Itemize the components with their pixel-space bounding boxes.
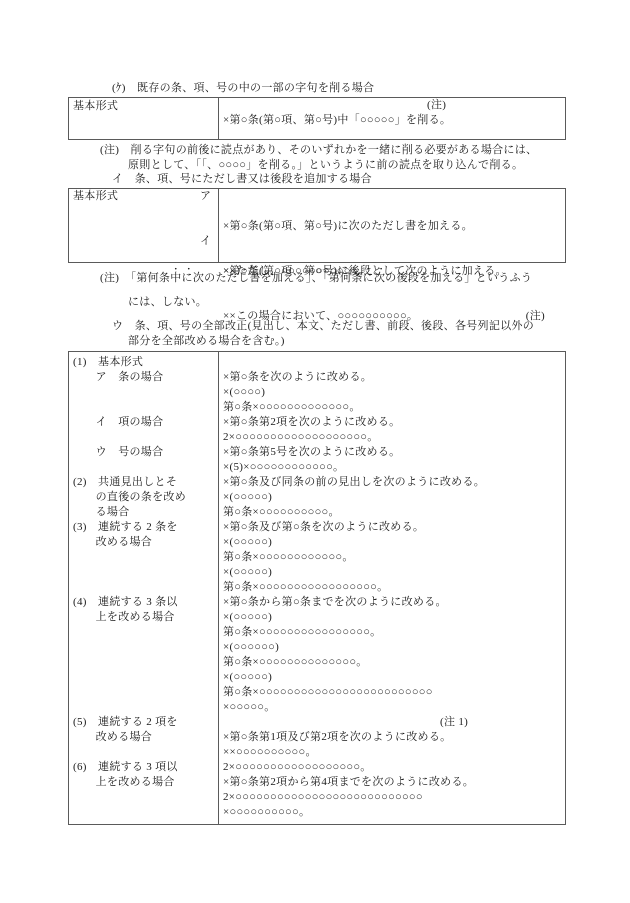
table-row: 改める場合×第○条第1項及び第2項を次のように改める。 [69, 730, 565, 745]
example-text: ×第○条(第○項、第○号)に次のただし書を加える。 [223, 219, 563, 234]
table-row: 2×○○○○○○○○○○○○○○○○○○○。 [69, 430, 565, 445]
note-paragraph-line1: (注) 削る字句の前後に読点があり、そのいずれかを一緒に削る必要がある場合には、 [100, 143, 537, 158]
case-label-cell: 上を改める場合 [69, 775, 218, 790]
example-text-cell: ×(○○○○○) [218, 610, 565, 625]
example-text-cell: ×(○○○○) [218, 385, 565, 400]
example-text-cell: 第○条×○○○○○○○○○○○○○○○○○○○○○○○○○ [218, 685, 565, 700]
revision-table: (1) 基本形式 ア 条の場合×第○条を次のように改める。×(○○○○)第○条×… [68, 351, 566, 825]
emphasized-text: ・・に次 [363, 271, 386, 286]
example-text-cell: ×(○○○○○) [218, 565, 565, 580]
table-row: ×(○○○○○○) [69, 640, 565, 655]
example-text-cell: ×○○○○○○○○○○。 [218, 805, 565, 820]
case-label-cell [69, 385, 218, 400]
table-row: 上を改める場合×第○条第2項から第4項までを次のように改める。 [69, 775, 565, 790]
case-label-cell [69, 625, 218, 640]
case-label-cell [69, 430, 218, 445]
table-row: 2×○○○○○○○○○○○○○○○○○○○○○○○○○○○ [69, 790, 565, 805]
table-row: ×(○○○○○) [69, 565, 565, 580]
table-row: ア 条の場合×第○条を次のように改める。 [69, 370, 565, 385]
note-paragraph-line2: 原則として、「「、○○○○」を削る。」というように前の読点を取り込んで削る。 [128, 158, 523, 173]
case-label-cell: イ 項の場合 [69, 415, 218, 430]
example-text-cell: 第○条×○○○○○○○○○○○○。 [218, 550, 565, 565]
case-label-cell: (6) 連続する 3 項以 [69, 760, 218, 775]
table-row: (6) 連続する 3 項以2×○○○○○○○○○○○○○○○○○○。 [69, 760, 565, 775]
example-text-cell: ×第○条第2項を次のように改める。 [218, 415, 565, 430]
example-text-cell: 2×○○○○○○○○○○○○○○○○○○○○○○○○○○○ [218, 790, 565, 805]
note-marker: (注) [427, 98, 446, 113]
case-label-cell [69, 655, 218, 670]
case-label-cell [69, 805, 218, 820]
note-ref-cell: (注 1) [218, 715, 565, 730]
case-label-cell: 改める場合 [69, 535, 218, 550]
column-divider [218, 352, 219, 824]
case-label-cell: の直後の条を改め [69, 490, 218, 505]
case-label-cell: ウ 号の場合 [69, 445, 218, 460]
table-row: 第○条×○○○○○○○○○○○○○○。 [69, 655, 565, 670]
case-label-cell [69, 640, 218, 655]
example-text-cell: 第○条×○○○○○○○○○○○○○○○○。 [218, 625, 565, 640]
table-row: (1) 基本形式 [69, 355, 565, 370]
table-row: る場合第○条×○○○○○○○○○○。 [69, 505, 565, 520]
table-row: (2) 共通見出しとそ×第○条及び同条の前の見出しを次のように改める。 [69, 475, 565, 490]
row-marker-i: イ [200, 234, 211, 249]
example-text-cell: ×(○○○○○) [218, 670, 565, 685]
example-text-cell [218, 355, 565, 370]
emphasized-text: ・・中に [170, 271, 193, 286]
example-text-cell: ×○○○○○。 [218, 700, 565, 715]
example-text-cell: ×第○条及び同条の前の見出しを次のように改める。 [218, 475, 565, 490]
column-divider [218, 189, 219, 262]
example-text-cell: ×第○条を次のように改める。 [218, 370, 565, 385]
case-label-cell [69, 400, 218, 415]
basic-form-label: 基本形式 [73, 99, 118, 114]
emphasis-dots: ・・ [171, 262, 197, 277]
basic-form-table-add: 基本形式 ア ×第○条(第○項、第○号)に次のただし書を加える。 ××ただし、○… [68, 188, 566, 263]
table-row: イ 項の場合×第○条第2項を次のように改める。 [69, 415, 565, 430]
case-label-cell: 改める場合 [69, 730, 218, 745]
case-label-cell: (4) 連続する 3 条以 [69, 595, 218, 610]
case-label-cell [69, 670, 218, 685]
case-label-cell [69, 685, 218, 700]
note-text: の後段を加える」というふう [385, 272, 532, 284]
case-label-cell: (2) 共通見出しとそ [69, 475, 218, 490]
table-row: 第○条×○○○○○○○○○○○○○。 [69, 400, 565, 415]
note-text: 次のただし書を加える」、「第何条 [193, 272, 363, 284]
note-text: (注) 「第何条 [100, 272, 170, 284]
table-row: 第○条×○○○○○○○○○○○○○○○○。 [69, 625, 565, 640]
column-divider [218, 98, 219, 139]
case-label-cell [69, 460, 218, 475]
table-row: (5) 連続する 2 項を(注 1) [69, 715, 565, 730]
case-label-cell: 上を改める場合 [69, 610, 218, 625]
example-text-cell: 第○条×○○○○○○○○○○○○○○○○○。 [218, 580, 565, 595]
table-row: ××○○○○○○○○○○。 [69, 745, 565, 760]
example-text: ×第○条(第○項、第○号)中「○○○○○」を削る。 [223, 113, 451, 128]
table-row: 改める場合×(○○○○○) [69, 535, 565, 550]
example-text-cell: ×第○条第5号を次のように改める。 [218, 445, 565, 460]
case-label-cell [69, 565, 218, 580]
case-label-cell [69, 745, 218, 760]
table-row: 第○条×○○○○○○○○○○○○。 [69, 550, 565, 565]
example-text-cell: 2×○○○○○○○○○○○○○○○○○○。 [218, 760, 565, 775]
item-heading-u-line1: ウ 条、項、号の全部改正(見出し、本文、ただし書、前段、後段、各号列記以外の [112, 319, 534, 334]
table-row: の直後の条を改め×(○○○○○) [69, 490, 565, 505]
table-row: 第○条×○○○○○○○○○○○○○○○○○。 [69, 580, 565, 595]
emphasis-dots: ・・ [364, 262, 390, 277]
item-heading-ke: (ｹ) 既存の条、項、号の中の一部の字句を削る場合 [112, 81, 374, 96]
table-row: 第○条×○○○○○○○○○○○○○○○○○○○○○○○○○ [69, 685, 565, 700]
example-text-cell: ×(○○○○○) [218, 490, 565, 505]
basic-form-table-delete: 基本形式 (注) ×第○条(第○項、第○号)中「○○○○○」を削る。 [68, 97, 566, 140]
table-row: 上を改める場合×(○○○○○) [69, 610, 565, 625]
table-row: ウ 号の場合×第○条第5号を次のように改める。 [69, 445, 565, 460]
document-page: (ｹ) 既存の条、項、号の中の一部の字句を削る場合 基本形式 (注) ×第○条(… [0, 0, 630, 903]
item-heading-u-line2: 部分を全部改める場合を含む。) [128, 334, 285, 349]
example-text-cell: 第○条×○○○○○○○○○○。 [218, 505, 565, 520]
case-label-cell [69, 700, 218, 715]
revision-table-rows: (1) 基本形式 ア 条の場合×第○条を次のように改める。×(○○○○)第○条×… [69, 355, 565, 820]
table-row: (3) 連続する 2 条を×第○条及び第○条を次のように改める。 [69, 520, 565, 535]
case-label-cell [69, 790, 218, 805]
case-label-cell [69, 580, 218, 595]
case-label-cell: (5) 連続する 2 項を [69, 715, 218, 730]
table-row: ×○○○○○○○○○○。 [69, 805, 565, 820]
note-caution-line2: には、しない。 [128, 295, 207, 310]
example-text-cell: 第○条×○○○○○○○○○○○○○。 [218, 400, 565, 415]
row-marker-a: ア [200, 189, 211, 204]
table-row: ×(○○○○○) [69, 670, 565, 685]
item-heading-i: イ 条、項、号にただし書又は後段を追加する場合 [112, 172, 372, 187]
case-label-cell [69, 550, 218, 565]
table-row: ×(5)×○○○○○○○○○○○○。 [69, 460, 565, 475]
case-label-cell: (3) 連続する 2 条を [69, 520, 218, 535]
case-label-cell: (1) 基本形式 [69, 355, 218, 370]
table-row: (4) 連続する 3 条以×第○条から第○条までを次のように改める。 [69, 595, 565, 610]
example-text-cell: 第○条×○○○○○○○○○○○○○○。 [218, 655, 565, 670]
case-label-cell: る場合 [69, 505, 218, 520]
example-text-cell: ×第○条第1項及び第2項を次のように改める。 [218, 730, 565, 745]
table-row: ×(○○○○) [69, 385, 565, 400]
example-text-cell: ×第○条第2項から第4項までを次のように改める。 [218, 775, 565, 790]
note-caution-line1: (注) 「第何条・・中に次のただし書を加える」、「第何条・・に次の後段を加える」… [100, 271, 532, 286]
example-text-cell: 2×○○○○○○○○○○○○○○○○○○○。 [218, 430, 565, 445]
example-text-cell: ×(5)×○○○○○○○○○○○○。 [218, 460, 565, 475]
example-text-cell: ××○○○○○○○○○○。 [218, 745, 565, 760]
example-text-cell: ×(○○○○○) [218, 535, 565, 550]
example-text-cell: ×(○○○○○○) [218, 640, 565, 655]
basic-form-label: 基本形式 [73, 189, 118, 204]
example-text-cell: ×第○条及び第○条を次のように改める。 [218, 520, 565, 535]
table-row: ×○○○○○。 [69, 700, 565, 715]
case-label-cell: ア 条の場合 [69, 370, 218, 385]
example-text-cell: ×第○条から第○条までを次のように改める。 [218, 595, 565, 610]
